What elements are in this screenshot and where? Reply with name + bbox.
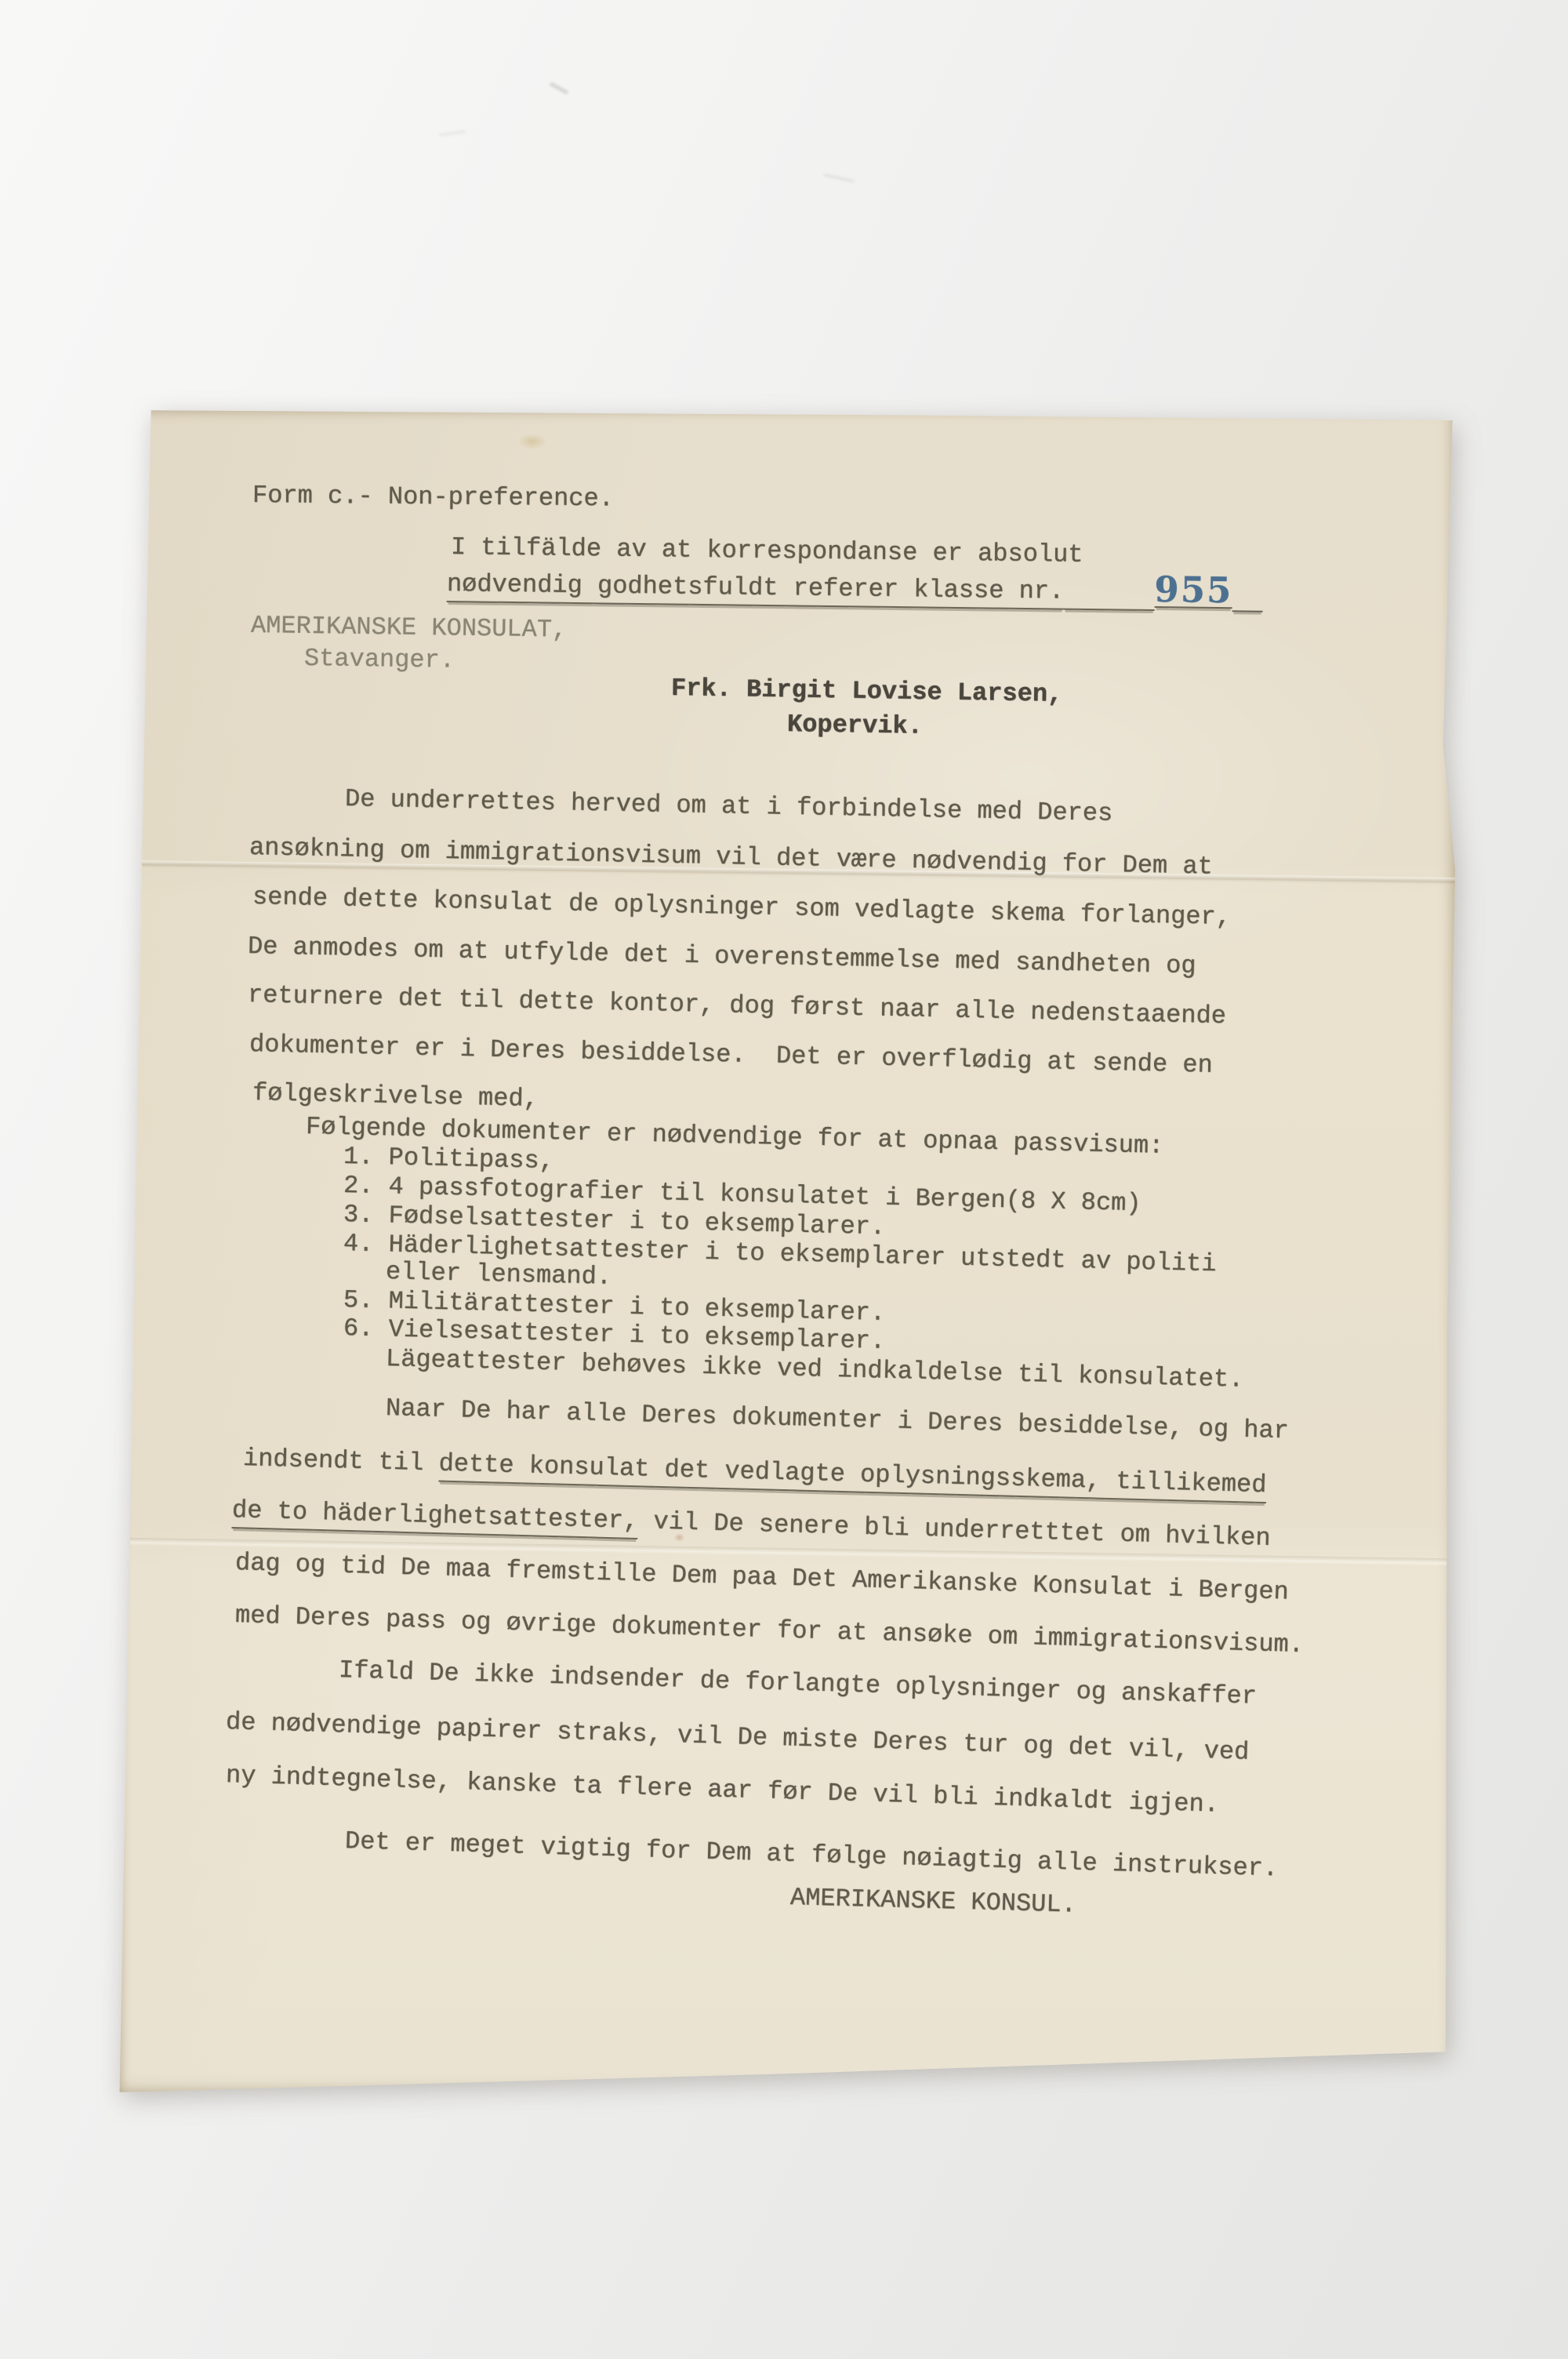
para2-line-3: de to häderlighetsattester, vil De sener… [232,1496,1272,1553]
note-line-2: nødvendig godhetsfuldt referer klasse nr… [447,565,1263,609]
para1-line-6: dokumenter er i Deres besiddelse. Det er… [249,1030,1213,1080]
text-segment: De underrettes herved om at i forbindels… [345,784,1113,828]
para3-line-3: ny indtegnelse, kanske ta flere aar før … [225,1761,1219,1819]
sender-line-1: AMERIKANSKE KONSULAT, [251,612,568,645]
text-segment [1064,577,1155,611]
para3-line-2: de nødvendige papirer straks, vil De mis… [225,1708,1249,1767]
para1-line-1: De underrettes herved om at i forbindels… [345,785,1113,828]
text-segment: følgeskrivelse med, [252,1078,539,1114]
para2-line-5: med Deres pass og øvrige dokumenter for … [234,1601,1304,1659]
text-segment: 1. Politipass, [343,1142,555,1176]
text-segment: eller lensmand. [386,1257,612,1292]
note-line-1: I tilfälde av at korrespondanse er absol… [451,533,1083,569]
text-segment: dag og tid De maa fremstille Dem paa Det… [234,1548,1289,1607]
para1-line-2: ansøkning om immigrationsvisum vil det v… [249,834,1213,881]
signature: AMERIKANSKE KONSUL. [790,1884,1077,1920]
photograph-background: Form c.- Non-preference.I tilfälde av at… [0,0,1568,2359]
para1-line-4: De anmodes om at utfylde det i overenste… [248,932,1196,980]
recipient-line-2: Kopervik. [787,711,923,741]
text-segment: returnere det til dette kontor, dog førs… [248,980,1227,1030]
text-segment: I tilfälde av at korrespondanse er absol… [451,533,1083,569]
para2-line-1: Naar De har alle Deres dokumenter i Dere… [386,1394,1290,1445]
text-segment: de nødvendige papirer straks, vil De mis… [225,1707,1249,1767]
text-segment: Det er meget vigtig for Dem at følge nøi… [344,1826,1278,1883]
text-segment: dette konsulat det vedlagte oplysningssk… [438,1449,1267,1504]
para3-line-1: Ifald De ikke indsender de forlangte opl… [338,1656,1257,1711]
text-segment: indsendt til [243,1444,440,1478]
text-segment: de to häderlighetsattester, [231,1496,638,1539]
recipient-line-1: Frk. Birgit Lovise Larsen, [671,674,1063,709]
text-segment: sende dette konsulat de oplysninger som … [252,882,1232,932]
para2-line-4: dag og tid De maa fremstille Dem paa Det… [234,1549,1289,1607]
text-segment: med Deres pass og øvrige dokumenter for … [234,1601,1304,1659]
text-segment: Frk. Birgit Lovise Larsen, [671,674,1063,709]
text-segment: De anmodes om at utfylde det i overenste… [248,932,1196,980]
text-segment [1232,579,1263,612]
text-segment: ny indtegnelse, kanske ta flere aar før … [225,1761,1219,1819]
text-segment: vil De senere bli underretttet om hvilke… [638,1507,1271,1553]
text-segment: Stavanger. [304,644,456,675]
para2-line-2: indsendt til dette konsulat det vedlagte… [243,1445,1267,1499]
para1-line-3: sende dette konsulat de oplysninger som … [252,883,1232,932]
form-header: Form c.- Non-preference. [252,482,614,513]
text-segment: dokumenter er i Deres besiddelse. Det er… [249,1030,1214,1080]
text-segment: Ifald De ikke indsender de forlangte opl… [338,1656,1257,1711]
para1-line-5: returnere det til dette kontor, dog førs… [248,981,1227,1030]
typewritten-text-layer: Form c.- Non-preference.I tilfälde av at… [0,0,1568,2359]
text-segment: nødvendig godhetsfuldt referer klasse nr… [447,569,1065,610]
text-segment: AMERIKANSKE KONSUL. [790,1883,1077,1920]
case-number-stamp: 955 [1154,576,1232,609]
text-segment: Naar De har alle Deres dokumenter i Dere… [386,1394,1290,1445]
text-segment: ansøkning om immigrationsvisum vil det v… [249,833,1213,881]
text-segment: AMERIKANSKE KONSULAT, [251,611,568,645]
para1-line-7: følgeskrivelse med, [252,1079,539,1114]
text-segment: Form c.- Non-preference. [252,481,614,513]
sender-line-2: Stavanger. [304,645,456,675]
list-item-1: 1. Politipass, [343,1143,555,1176]
para4-line-1: Det er meget vigtig for Dem at følge nøi… [344,1827,1278,1883]
text-segment: Kopervik. [787,710,923,741]
list-item-4b: eller lensmand. [386,1258,612,1292]
